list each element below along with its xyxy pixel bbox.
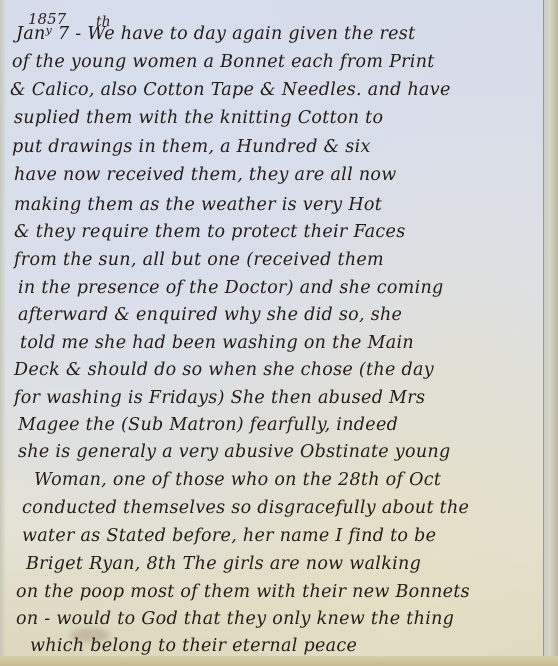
text-line: afterward & enquired why she did so, she (18, 305, 402, 325)
text-line: suplied them with the knitting Cotton to (14, 108, 383, 128)
text-line: she is generaly a very abusive Obstinate… (18, 442, 450, 462)
text-line: for washing is Fridays) She then abused … (14, 388, 425, 408)
text-line: water as Stated before, her name I find … (22, 526, 436, 546)
text-line: from the sun, all but one (received them (14, 250, 384, 270)
text-line: in the presence of the Doctor) and she c… (18, 278, 444, 298)
text-line: on the poop most of them with their new … (16, 582, 470, 602)
text-line: on - would to God that they only knew th… (16, 609, 454, 629)
text-line: Magee the (Sub Matron) fearfully, indeed (18, 415, 398, 435)
text-line: Janʸ 7 - We have to day again given the … (16, 24, 415, 44)
text-line: Deck & should do so when she chose (the … (14, 360, 434, 380)
text-line: have now received them, they are all now (14, 165, 397, 185)
page-binding-edge (543, 0, 558, 666)
text-line: told me she had been washing on the Main (20, 333, 414, 353)
journal-page: 1857 th Janʸ 7 - We have to day again gi… (0, 0, 558, 666)
text-line: making them as the weather is very Hot (14, 195, 382, 215)
text-line: Woman, one of those who on the 28th of O… (34, 470, 441, 490)
text-line: of the young women a Bonnet each from Pr… (12, 52, 435, 72)
text-line: put drawings in them, a Hundred & six (12, 137, 371, 157)
text-line: Briget Ryan, 8th The girls are now walki… (26, 554, 421, 574)
text-line: & they require them to protect their Fac… (14, 222, 405, 242)
handwritten-text: Janʸ 7 - We have to day again given the … (0, 0, 540, 666)
text-line: which belong to their eternal peace (30, 636, 357, 656)
text-line: conducted themselves so disgracefully ab… (22, 498, 469, 518)
text-line: & Calico, also Cotton Tape & Needles. an… (10, 80, 451, 100)
